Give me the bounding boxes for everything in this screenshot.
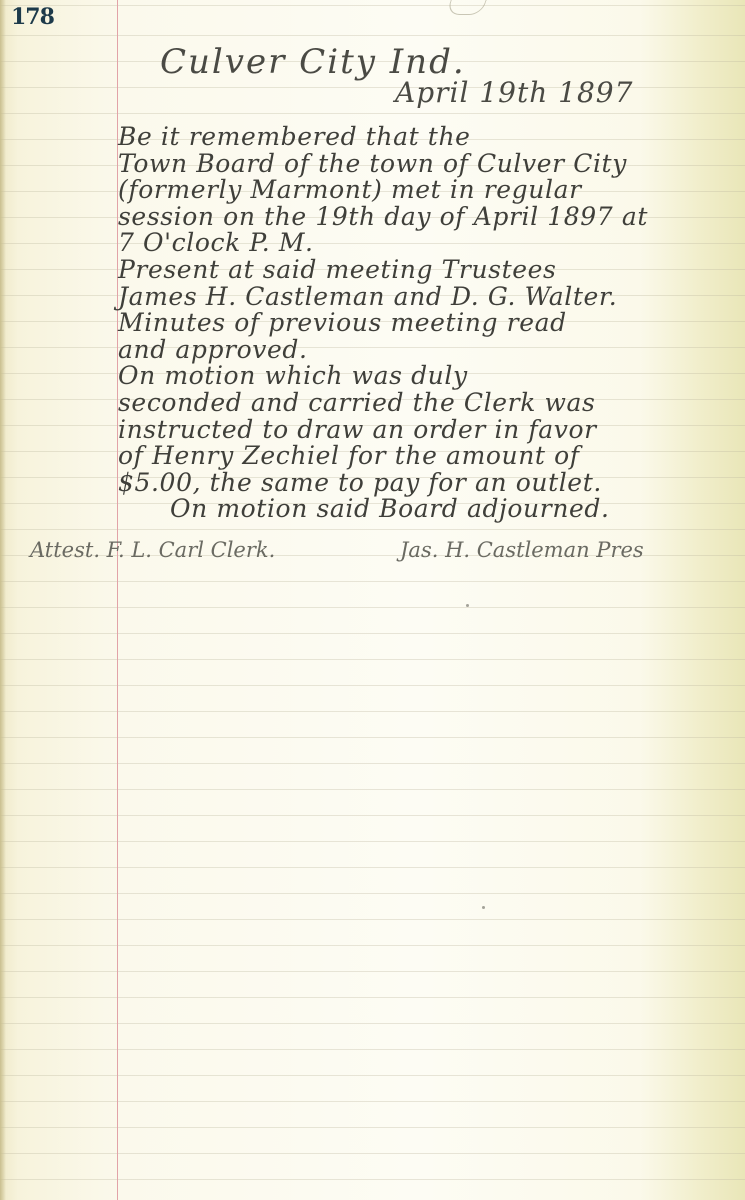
minutes-line: $5.00, the same to pay for an outlet.: [118, 470, 648, 497]
minutes-text: Be it remembered that the Town Board of …: [118, 124, 648, 523]
minutes-line: Town Board of the town of Culver City: [118, 151, 648, 178]
heading-date: April 19th 1897: [395, 76, 633, 109]
ink-speck: [466, 604, 469, 607]
minutes-line: instructed to draw an order in favor: [118, 417, 648, 444]
ink-speck: [482, 906, 485, 909]
president-signature: Jas. H. Castleman Pres: [400, 538, 644, 562]
ledger-page: 178 Culver City Ind. April 19th 1897 Be …: [0, 0, 745, 1200]
minutes-line: seconded and carried the Clerk was: [118, 390, 648, 417]
page-number: 178: [11, 4, 54, 30]
minutes-line: Minutes of previous meeting read: [118, 310, 648, 337]
minutes-line: James H. Castleman and D. G. Walter.: [118, 284, 648, 311]
minutes-line: and approved.: [118, 337, 648, 364]
attest-signature: Attest. F. L. Carl Clerk.: [30, 538, 275, 562]
minutes-line: Be it remembered that the: [118, 124, 648, 151]
minutes-line-adjourned: On motion said Board adjourned.: [118, 496, 648, 523]
minutes-line: On motion which was duly: [118, 363, 648, 390]
binding-edge: [0, 0, 6, 1200]
minutes-line: of Henry Zechiel for the amount of: [118, 443, 648, 470]
minutes-line: (formerly Marmont) met in regular: [118, 177, 648, 204]
minutes-line: Present at said meeting Trustees: [118, 257, 648, 284]
minutes-line: session on the 19th day of April 1897 at: [118, 204, 648, 231]
minutes-line: 7 O'clock P. M.: [118, 230, 648, 257]
